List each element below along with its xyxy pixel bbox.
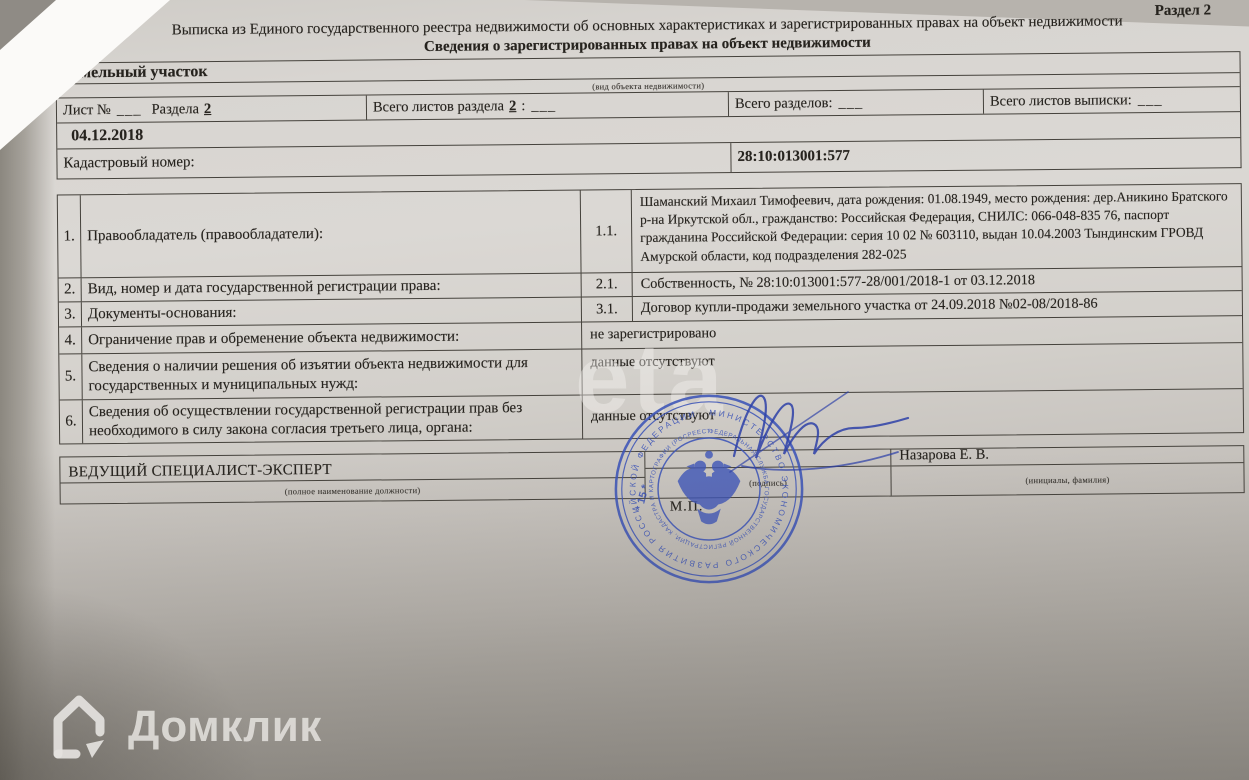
sheet-label: Лист № — [63, 102, 111, 119]
sheets-in-section-cell: Всего листов раздела 2 : ___ — [366, 92, 728, 119]
row-number: 2. — [59, 278, 82, 301]
row-subnumber: 1.1. — [581, 190, 633, 272]
row-number: 5. — [59, 354, 82, 399]
position-cell: ВЕДУЩИЙ СПЕЦИАЛИСТ-ЭКСПЕРТ (полное наиме… — [60, 452, 644, 504]
row-label: Сведения об осуществлении государственно… — [83, 396, 583, 444]
row-number: 3. — [59, 302, 82, 326]
document-subtitle: Сведения о зарегистрированных правах на … — [424, 35, 871, 56]
section-number: 2 — [204, 101, 211, 118]
name-cell: Назарова Е. В. (инициалы, фамилия) — [890, 446, 1243, 495]
total-sheets-label: Всего листов выписки: — [990, 92, 1132, 110]
position-caption: (полное наименование должности) — [285, 485, 421, 496]
cadastral-label: Кадастровый номер: — [57, 149, 730, 172]
total-sections-blank: ___ — [838, 94, 863, 111]
row-subnumber: 3.1. — [582, 297, 633, 321]
row-number: 1. — [58, 195, 82, 277]
total-sheets-cell: Всего листов выписки: ___ — [983, 87, 1240, 113]
domclick-logo-icon — [46, 692, 112, 762]
sheet-number-cell: Лист № ___ Раздела 2 — [57, 96, 366, 123]
photo-of-document: Раздел 2 Выписка из Единого государствен… — [0, 0, 1249, 780]
total-sheets-blank: ___ — [1138, 91, 1163, 108]
row-label: Вид, номер и дата государственной регист… — [82, 274, 582, 302]
row-number: 4. — [59, 327, 82, 353]
sheets-in-section-blank: ___ — [531, 97, 556, 114]
section-word: Раздела — [151, 101, 199, 118]
row-label: Документы-основания: — [82, 298, 582, 327]
document-title: Выписка из Единого государственного реес… — [172, 13, 1123, 39]
sheets-in-section-number: 2 — [509, 98, 516, 115]
row-label: Правообладатель (правообладатели): — [81, 191, 582, 278]
table-row: 1. Правообладатель (правообладатели): 1.… — [58, 184, 1242, 277]
name-caption: (инициалы, фамилия) — [1025, 474, 1109, 485]
domclick-wordmark: Домклик — [128, 702, 322, 752]
cadastral-number: 28:10:013001:577 — [730, 138, 1240, 172]
row-label: Сведения о наличии решения об изъятии об… — [82, 350, 582, 400]
total-sections-label: Всего разделов: — [735, 95, 833, 113]
header-table: Земельный участок (вид объекта недвижимо… — [56, 51, 1242, 179]
total-sections-cell: Всего разделов: ___ — [728, 90, 983, 116]
handwritten-signature — [726, 384, 914, 476]
egrn-extract-document: Раздел 2 Выписка из Единого государствен… — [53, 0, 1248, 725]
section-label: Раздел 2 — [1155, 2, 1212, 20]
sheets-in-section-colon: : — [521, 98, 525, 115]
row-value: Шаманский Михаил Тимофеевич, дата рожден… — [632, 184, 1242, 272]
sheet-blank: ___ — [117, 101, 142, 118]
sheets-in-section-label: Всего листов раздела — [373, 98, 504, 116]
object-kind-caption: (вид объекта недвижимости) — [592, 80, 704, 91]
row-number: 6. — [60, 400, 83, 443]
row-label: Ограничение прав и обременение объекта н… — [82, 323, 582, 354]
row-subnumber: 2.1. — [582, 273, 633, 296]
domclick-watermark: Домклик — [46, 692, 322, 762]
